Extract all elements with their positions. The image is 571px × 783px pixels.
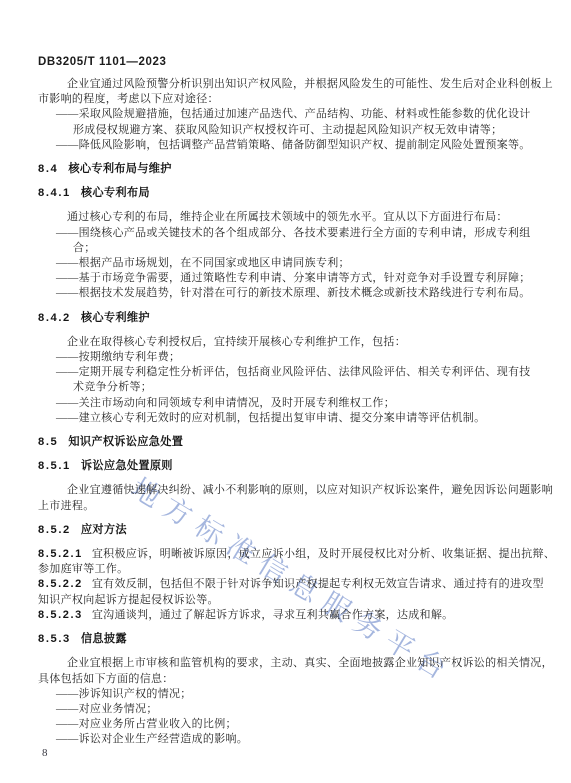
page-number: 8	[42, 747, 48, 759]
text-line: ——对应业务情况；	[38, 702, 538, 717]
clause-number: 8.5.2.2	[38, 578, 83, 590]
text-line: ——采取风险规避措施，包括通过加速产品迭代、产品结构、功能、材料或性能参数的优化…	[38, 107, 538, 122]
text-line: 通过核心专利的布局，维持企业在所属技术领域中的领先水平。宜从以下方面进行布局：	[38, 210, 538, 225]
numbered-clause-8-5-2-3: 8.5.2.3宜沟通谈判，通过了解起诉方诉求，寻求互利共赢合作方案，达成和解。	[38, 608, 538, 623]
paragraph: 企业宜通过风险预警分析识别出知识产权风险，并根据风险发生的可能性、发生后对企业科…	[38, 77, 538, 153]
text-line: ——根据产品市场规划，在不同国家或地区申请同族专利；	[38, 256, 538, 271]
heading-title: 信息披露	[81, 633, 127, 645]
text-line: 合；	[38, 241, 538, 256]
text-line: 上市进程。	[38, 499, 538, 514]
section-heading-8-5-3: 8.5.3信息披露	[38, 632, 538, 647]
heading-number: 8.5.2	[38, 524, 71, 536]
section-heading-8-4-1: 8.4.1核心专利布局	[38, 186, 538, 201]
document-page: 地方标准信息服务平台 DB3205/T 1101—2023 企业宜通过风险预警分…	[0, 0, 571, 783]
text-line: ——涉诉知识产权的情况；	[38, 687, 538, 702]
text-line: 企业宜遵循快速解决纠纷、减小不利影响的原则，以应对知识产权诉讼案件，避免因诉讼问…	[38, 483, 538, 498]
heading-number: 8.5	[38, 436, 58, 448]
text-line: ——根据技术发展趋势，针对潜在可行的新技术原理、新技术概念或新技术路线进行专利布…	[38, 286, 538, 301]
paragraph: 企业宜遵循快速解决纠纷、减小不利影响的原则，以应对知识产权诉讼案件，避免因诉讼问…	[38, 483, 538, 513]
paragraph: 企业在取得核心专利授权后，宜持续开展核心专利维护工作，包括：——按期缴纳专利年费…	[38, 335, 538, 426]
text-line: 8.5.2.3宜沟通谈判，通过了解起诉方诉求，寻求互利共赢合作方案，达成和解。	[38, 608, 538, 623]
clause-number: 8.5.2.3	[38, 609, 83, 621]
heading-title: 核心专利布局	[81, 187, 150, 199]
heading-number: 8.5.3	[38, 633, 71, 645]
text-line: 术竞争分析等；	[38, 380, 538, 395]
text-line: 具体包括如下方面的信息：	[38, 672, 538, 687]
heading-title: 核心专利布局与维护	[68, 163, 171, 175]
paragraph: ——涉诉知识产权的情况；——对应业务情况；——对应业务所占营业收入的比例；——诉…	[38, 687, 538, 748]
numbered-clause-8-5-2-2: 8.5.2.2宜有效反制，包括但不限于针对诉争知识产权提起专利权无效宣告请求、通…	[38, 577, 538, 607]
text-line: ——围绕核心产品或关键技术的各个组成部分、各技术要素进行全方面的专利申请，形成专…	[38, 226, 538, 241]
heading-title: 应对方法	[81, 524, 127, 536]
heading-number: 8.5.1	[38, 460, 71, 472]
text-line: ——建立核心专利无效时的应对机制，包括提出复审申请、提交分案申请等评估机制。	[38, 411, 538, 426]
clause-number: 8.5.2.1	[38, 548, 83, 560]
section-heading-8-4-2: 8.4.2核心专利维护	[38, 311, 538, 326]
text-line: ——按期缴纳专利年费；	[38, 350, 538, 365]
text-line: 市影响的程度，考虑以下应对途径：	[38, 92, 538, 107]
text-line: ——关注市场动向和同领域专利申请情况，及时开展专利维权工作；	[38, 396, 538, 411]
text-line: 企业宜根据上市审核和监管机构的要求，主动、真实、全面地披露企业知识产权诉讼的相关…	[38, 656, 538, 671]
text-line: ——诉讼对企业生产经营造成的影响。	[38, 732, 538, 747]
text-line: ——降低风险影响，包括调整产品营销策略、储备防御型知识产权、提前制定风险处置预案…	[38, 138, 538, 153]
paragraph: 企业宜根据上市审核和监管机构的要求，主动、真实、全面地披露企业知识产权诉讼的相关…	[38, 656, 538, 686]
text-line: ——对应业务所占营业收入的比例；	[38, 717, 538, 732]
numbered-clause-8-5-2-1: 8.5.2.1宜积极应诉，明晰被诉原因，成立应诉小组，及时开展侵权比对分析、收集…	[38, 547, 538, 577]
text-line: ——基于市场竞争需要，通过策略性专利申请、分案申请等方式，针对竞争对手设置专利屏…	[38, 271, 538, 286]
section-heading-8-4: 8.4核心专利布局与维护	[38, 162, 538, 177]
text-line: 企业在取得核心专利授权后，宜持续开展核心专利维护工作，包括：	[38, 335, 538, 350]
heading-number: 8.4.1	[38, 187, 71, 199]
document-body: 企业宜通过风险预警分析识别出知识产权风险，并根据风险发生的可能性、发生后对企业科…	[38, 77, 538, 748]
section-heading-8-5-2: 8.5.2应对方法	[38, 523, 538, 538]
text-line: ——定期开展专利稳定性分析评估，包括商业风险评估、法律风险评估、相关专利评估、现…	[38, 365, 538, 380]
text-line: 参加庭审等工作。	[38, 562, 538, 577]
text-line: 8.5.2.1宜积极应诉，明晰被诉原因，成立应诉小组，及时开展侵权比对分析、收集…	[38, 547, 538, 562]
text-line: 8.5.2.2宜有效反制，包括但不限于针对诉争知识产权提起专利权无效宣告请求、通…	[38, 577, 538, 592]
heading-number: 8.4	[38, 163, 58, 175]
text-line: 形成侵权规避方案、获取风险知识产权授权许可、主动提起风险知识产权无效申请等；	[38, 123, 538, 138]
standard-number-header: DB3205/T 1101—2023	[38, 56, 166, 68]
heading-title: 诉讼应急处置原则	[81, 460, 173, 472]
text-line: 知识产权向起诉方提起侵权诉讼等。	[38, 593, 538, 608]
heading-title: 知识产权诉讼应急处置	[68, 436, 183, 448]
section-heading-8-5-1: 8.5.1诉讼应急处置原则	[38, 459, 538, 474]
text-line: 企业宜通过风险预警分析识别出知识产权风险，并根据风险发生的可能性、发生后对企业科…	[38, 77, 538, 92]
heading-title: 核心专利维护	[81, 312, 150, 324]
heading-number: 8.4.2	[38, 312, 71, 324]
paragraph: 通过核心专利的布局，维持企业在所属技术领域中的领先水平。宜从以下方面进行布局：—…	[38, 210, 538, 301]
section-heading-8-5: 8.5知识产权诉讼应急处置	[38, 435, 538, 450]
